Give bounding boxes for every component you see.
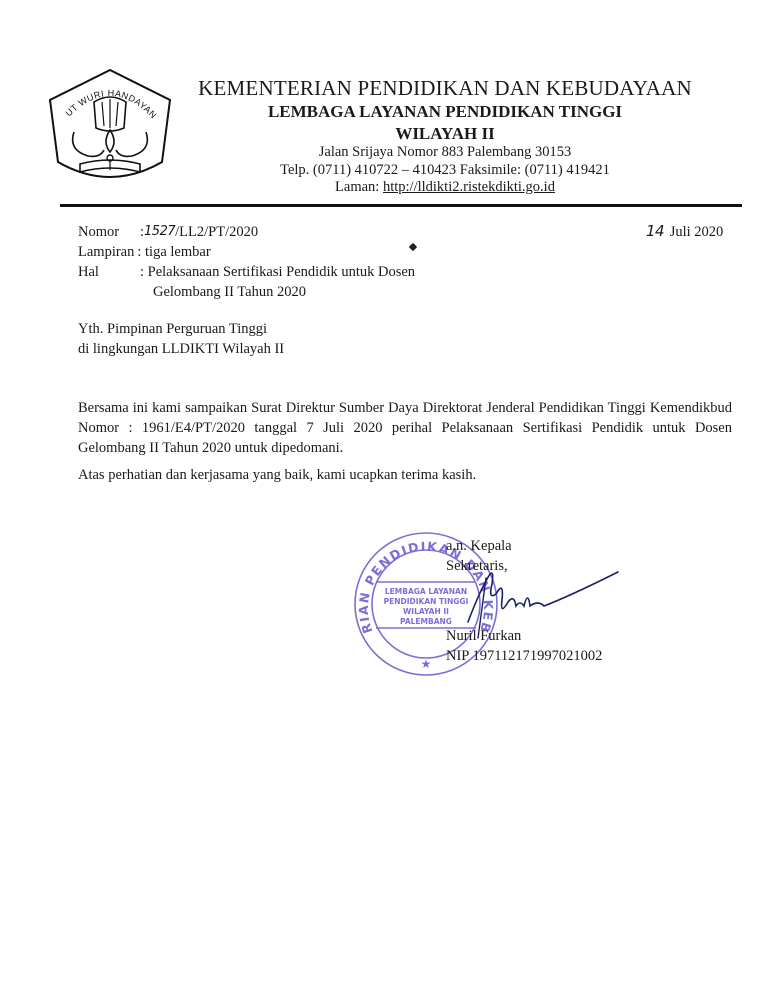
date-month-year: Juli 2020 <box>670 224 724 240</box>
svg-text:PALEMBANG: PALEMBANG <box>400 617 452 626</box>
nomor-suffix: /LL2/PT/2020 <box>175 222 258 242</box>
nomor-label: Nomor <box>78 222 140 242</box>
website-label: Laman: <box>335 179 379 195</box>
date-day-handwritten: 14 <box>646 222 664 240</box>
closing-paragraph: Atas perhatian dan kerjasama yang baik, … <box>78 465 476 485</box>
handwritten-signature <box>460 560 620 640</box>
agency-name: LEMBAGA LAYANAN PENDIDIKAN TINGGI <box>180 103 710 120</box>
nomor-row: Nomor : 1527 /LL2/PT/2020 <box>78 222 415 242</box>
ministry-name: KEMENTERIAN PENDIDIKAN DAN KEBUDAYAAN <box>180 78 710 99</box>
agency-address: Jalan Srijaya Nomor 883 Palembang 30153 <box>180 145 710 160</box>
signatory-nip: NIP 197112171997021002 <box>446 646 602 666</box>
recipient: Yth. Pimpinan Perguruan Tinggi di lingku… <box>78 319 284 359</box>
lampiran-value: : tiga lembar <box>137 242 210 262</box>
agency-region: WILAYAH II <box>180 125 710 142</box>
letterhead-divider <box>60 204 742 207</box>
hal-continuation: Gelombang II Tahun 2020 <box>78 282 415 302</box>
hal-label: Hal <box>78 262 140 282</box>
svg-text:WILAYAH II: WILAYAH II <box>403 607 449 616</box>
lampiran-label: Lampiran <box>78 242 134 262</box>
nomor-handwritten: 1527 <box>144 222 175 242</box>
letter-date: 14 Juli 2020 <box>646 222 723 241</box>
hal-value: : Pelaksanaan Sertifikasi Pendidik untuk… <box>140 262 415 282</box>
letter-meta: Nomor : 1527 /LL2/PT/2020 Lampiran : tig… <box>78 222 415 302</box>
agency-phone: Telp. (0711) 410722 – 410423 Faksimile: … <box>180 163 710 178</box>
letterhead: KEMENTERIAN PENDIDIKAN DAN KEBUDAYAAN LE… <box>180 76 710 195</box>
recipient-line-2: di lingkungan LLDIKTI Wilayah II <box>78 339 284 359</box>
hal-row: Hal : Pelaksanaan Sertifikasi Pendidik u… <box>78 262 415 282</box>
body-paragraph: Bersama ini kami sampaikan Surat Direktu… <box>78 398 732 458</box>
signature-on-behalf: a.n. Kepala <box>446 536 602 556</box>
hal-value-line2: Gelombang II Tahun 2020 <box>153 282 306 302</box>
svg-text:★: ★ <box>421 657 432 671</box>
lampiran-row: Lampiran : tiga lembar <box>78 242 415 262</box>
recipient-line-1: Yth. Pimpinan Perguruan Tinggi <box>78 319 284 339</box>
agency-website: Laman: http://lldikti2.ristekdikti.go.id <box>180 180 710 195</box>
tut-wuri-handayani-logo: TUT WURI HANDAYANI <box>44 66 176 188</box>
website-link[interactable]: http://lldikti2.ristekdikti.go.id <box>383 179 555 195</box>
